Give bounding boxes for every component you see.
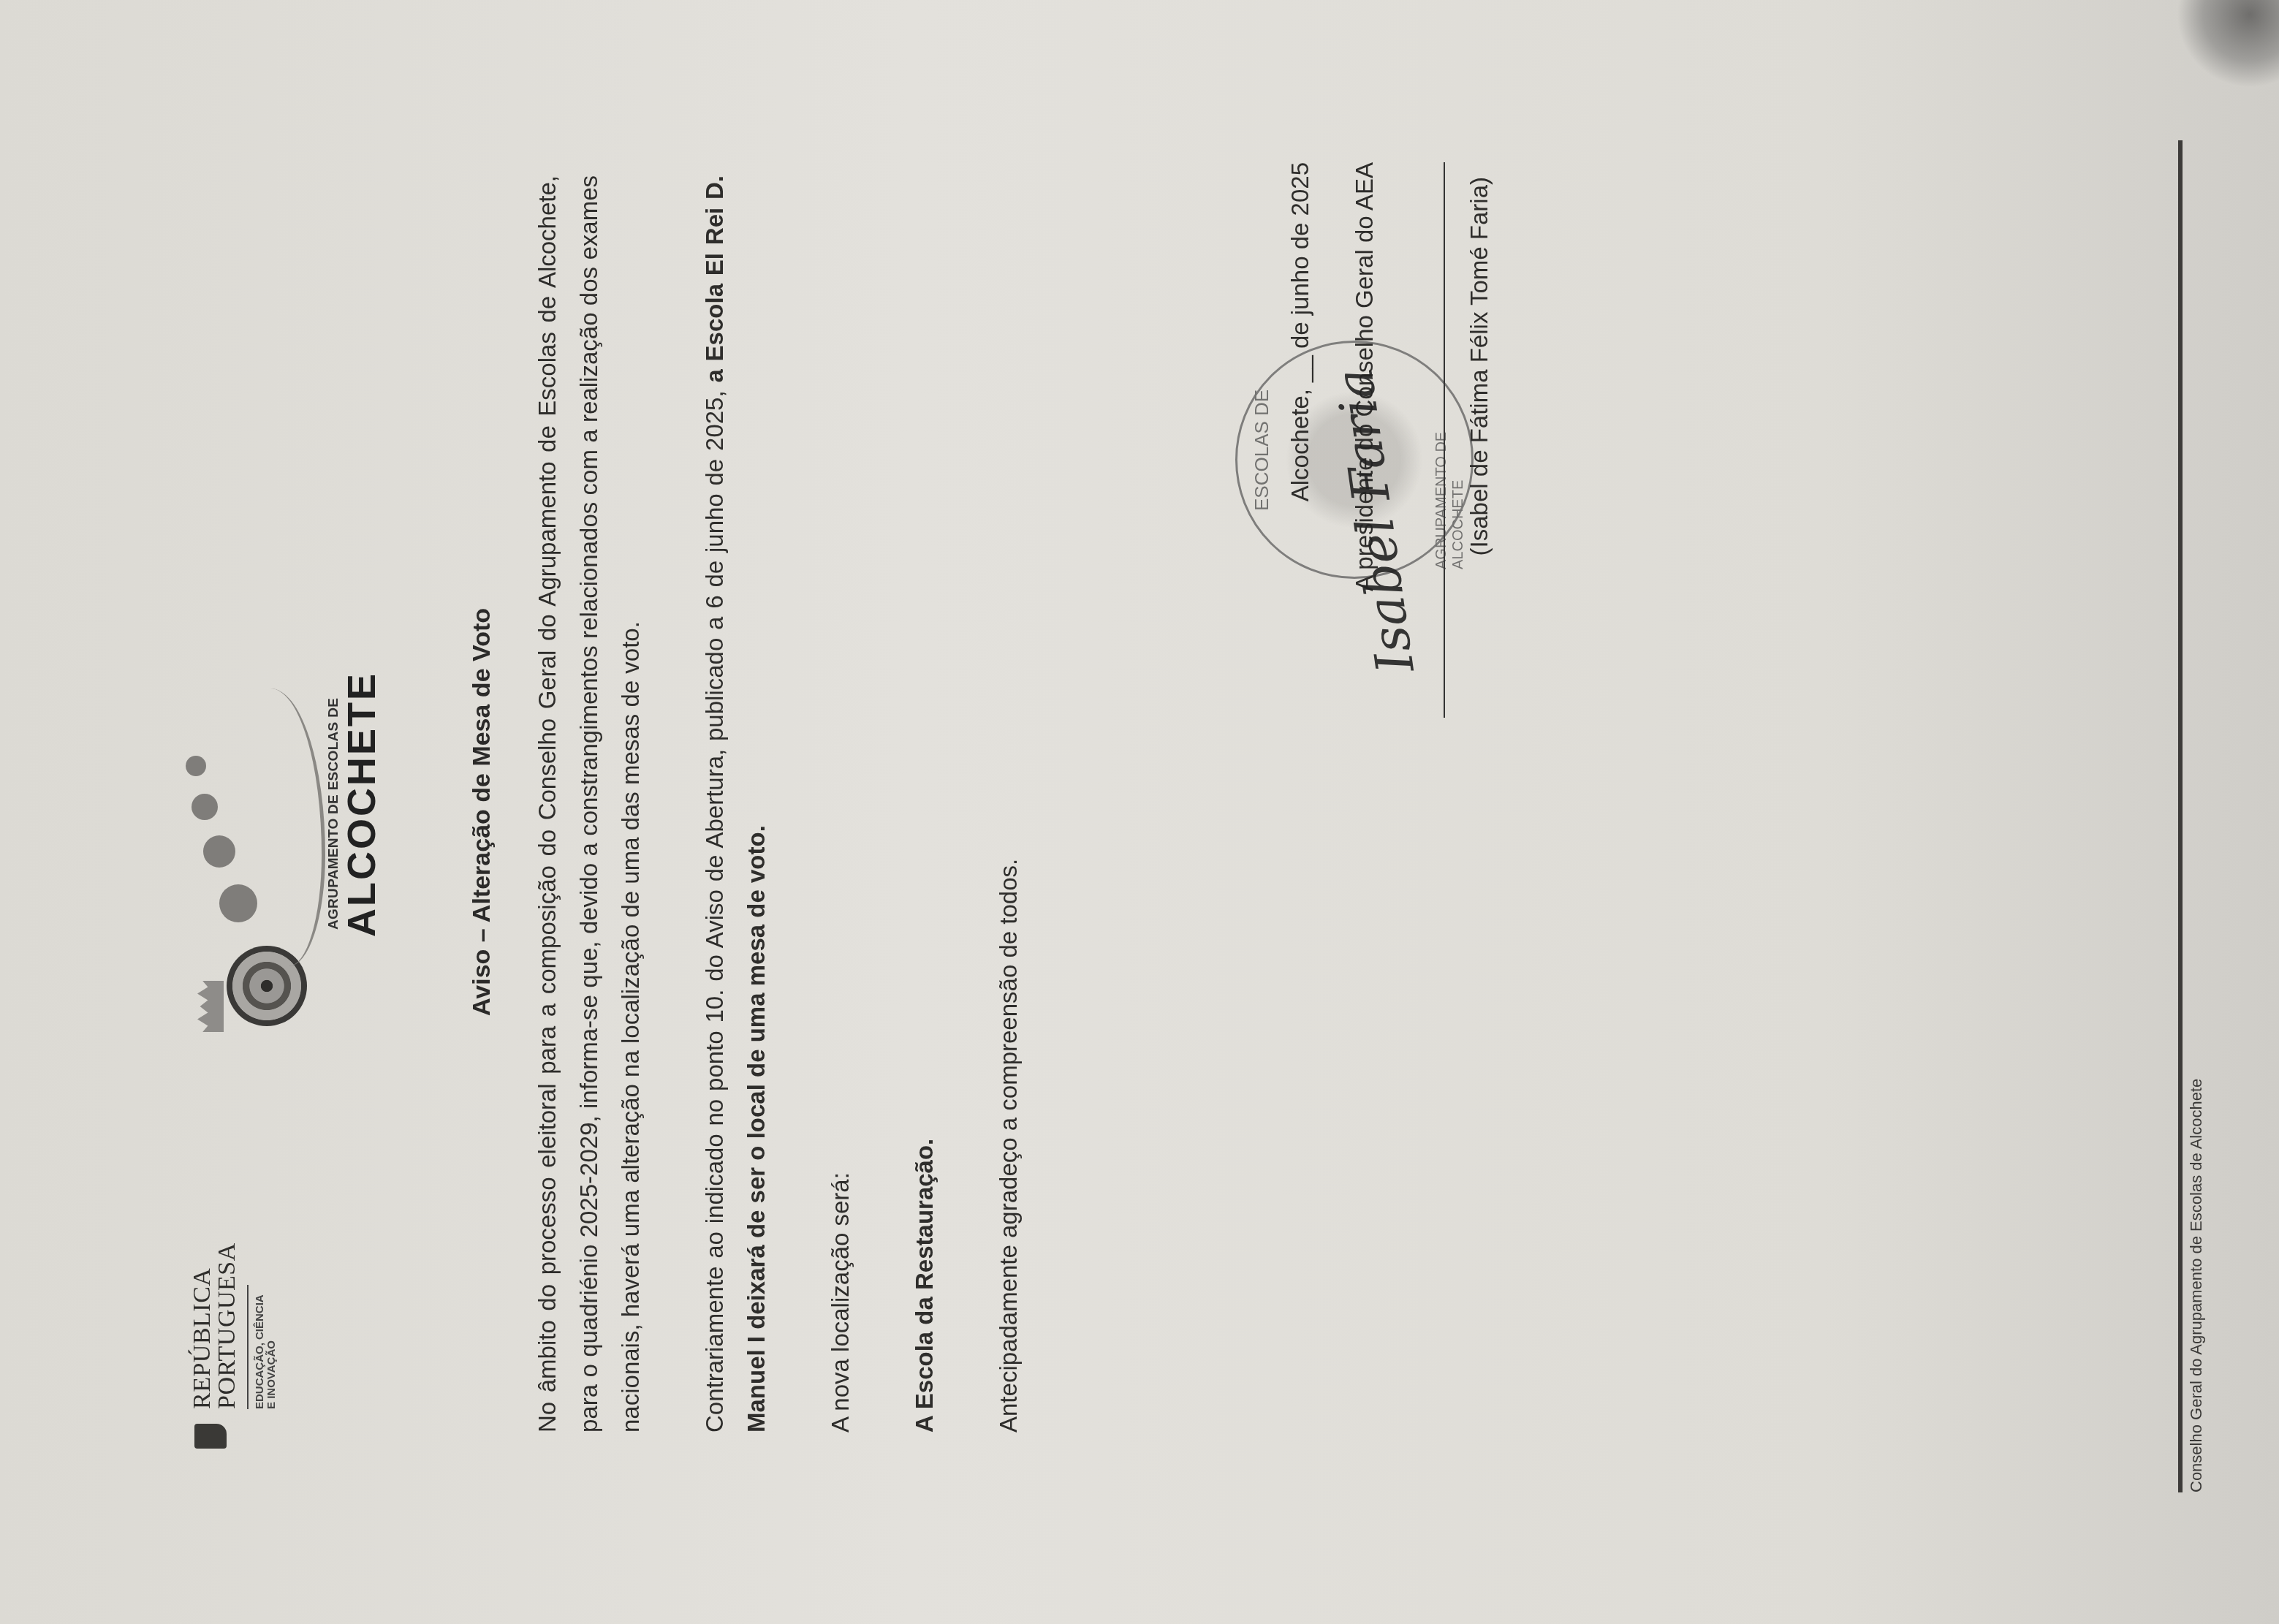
ministry-line1: EDUCAÇÃO, CIÊNCIA: [254, 1242, 266, 1409]
signatory-name: (Isabel de Fátima Félix Tomé Faria): [1465, 177, 1493, 555]
logo-name: ALCOCHETE: [339, 672, 384, 937]
signature-line: [1444, 162, 1445, 718]
coat-of-arms-icon: [194, 1424, 227, 1449]
dot-icon: [192, 794, 218, 820]
stamp-text-top: ESCOLAS DE: [1251, 390, 1273, 511]
stamp-text-bottom: AGRUPAMENTO DE ALCOCHETE: [1433, 343, 1467, 569]
footer: Conselho Geral do Agrupamento de Escolas…: [2178, 140, 2206, 1492]
swoosh-icon: [234, 688, 325, 966]
school-group-logo: AGRUPAMENTO DE ESCOLAS DE ALCOCHETE: [183, 623, 373, 1032]
document-body: No âmbito do processo eleitoral para a c…: [526, 175, 1072, 1433]
logo-line2: PORTUGUESA: [215, 1242, 240, 1409]
paragraph-new-location: A Escola da Restauração.: [903, 175, 945, 1433]
letterhead: REPÚBLICA PORTUGUESA EDUCAÇÃO, CIÊNCIA E…: [183, 133, 373, 1449]
paragraph-change: Contrariamente ao indicado no ponto 10. …: [694, 175, 777, 1433]
footer-text: Conselho Geral do Agrupamento de Escolas…: [2187, 140, 2206, 1492]
republica-portuguesa-logo: REPÚBLICA PORTUGUESA EDUCAÇÃO, CIÊNCIA E…: [190, 1242, 278, 1449]
footer-rule: [2178, 140, 2183, 1492]
logo-rule: [247, 1285, 249, 1409]
date-line: Alcochete, __ de junho de 2025: [1286, 162, 1314, 501]
logo-line1: REPÚBLICA: [190, 1242, 215, 1409]
document-title: Aviso – Alteração de Mesa de Voto: [468, 0, 496, 1624]
dot-icon: [219, 884, 257, 922]
dot-icon: [186, 756, 206, 776]
paragraph-new-location-label: A nova localização será:: [819, 175, 861, 1433]
document-page: REPÚBLICA PORTUGUESA EDUCAÇÃO, CIÊNCIA E…: [0, 0, 2279, 1624]
ministry-line2: E INOVAÇÃO: [266, 1242, 278, 1409]
paragraph-change-text: Contrariamente ao indicado no ponto 10. …: [701, 383, 728, 1433]
dot-icon: [203, 835, 235, 868]
crown-icon: [197, 981, 224, 1032]
paragraph-intro: No âmbito do processo eleitoral para a c…: [526, 175, 651, 1433]
paragraph-thanks: Antecipadamente agradeço a compreensão d…: [987, 175, 1029, 1433]
